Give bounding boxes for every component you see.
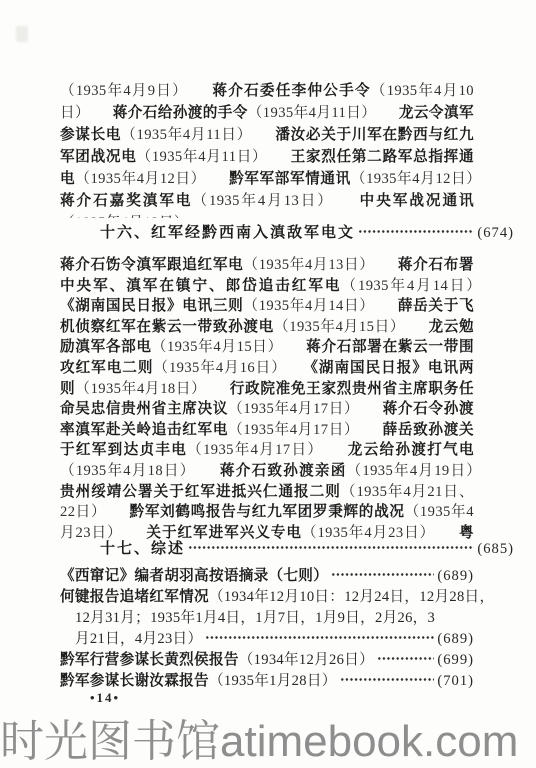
entry-date: （1935年4月11日） (137, 149, 261, 165)
entry-date: （1935年4月18日） (75, 381, 199, 397)
dot-leader (340, 677, 435, 683)
entry-title: 《湖南国民日报》电讯三则 (60, 298, 243, 314)
entry-detail: 12月31月；1935年1月4日，1月7日，1月9日，2月26，3 (75, 606, 435, 627)
entry-date: （1935年4月13日） (60, 215, 189, 218)
dot-leader (331, 572, 434, 578)
entries-paragraph-section16: 蒋介石饬令滇军跟追红军电（1935年4月13日） 蒋介石布署中央军、滇军在镇宁、… (60, 255, 474, 541)
entry-title: 蒋介石致孙渡亲函 (220, 463, 347, 479)
entry-date: （1935年4月17日） (228, 401, 352, 417)
entry-title: 黔军刘鹤鸣报告与红九军团罗秉辉的战况 (130, 504, 405, 520)
folio-page-number: •14• (90, 690, 120, 706)
toc-row: 何键报告追堵红军情况 （1934年12月10日：12月24日，12月28日， (60, 585, 474, 606)
entry-date: （1935年4月9日） (60, 83, 181, 99)
dot-leader (205, 635, 434, 641)
dot-leader (358, 229, 474, 235)
entry-date: （1935年4月12日） (351, 171, 474, 187)
scan-smudge-mark (16, 26, 28, 42)
entry-date: （1935年4月14日） (243, 298, 367, 314)
entry-detail: （1934年12月10日：12月24日，12月28日， (209, 585, 494, 606)
entry-date: （1935年4月16日） (153, 360, 279, 376)
entry-title: 《西窜记》编者胡羽高按语摘录（七则） (60, 564, 328, 585)
entry-title: 贵州绥靖公署关于红军进抵兴仁通报二则 (60, 484, 341, 500)
entry-date: （1935年4月12日） (75, 171, 198, 187)
entry-title: 蒋介石给孙渡的手令 (113, 105, 248, 121)
entry-date: （1935年4月17日） (228, 422, 352, 438)
subentry-list: 《西窜记》编者胡羽高按语摘录（七则） (689) 何键报告追堵红军情况 （193… (60, 564, 474, 690)
entry-title: 蒋介石饬令滇军跟追红军电 (60, 257, 243, 273)
entry-page-number: (689) (437, 631, 474, 648)
entry-date: （1935年4月18日） (60, 463, 188, 479)
entry-title: 蒋介石委任李仲公手令 (212, 83, 370, 99)
toc-row: 月21日，4月23日） (689) (60, 627, 474, 648)
entry-date: （1935年4月14日） (341, 278, 474, 294)
entry-detail: 月21日，4月23日） (75, 627, 202, 648)
entry-title: 黔军参谋长谢汝霖报告 (60, 669, 209, 690)
toc-row: 《西窜记》编者胡羽高按语摘录（七则） (689) (60, 564, 474, 585)
entry-title: 中央军战况通讯 (360, 193, 474, 209)
toc-row: 12月31月；1935年1月4日，1月7日，1月9日，2月26，3 (60, 606, 474, 627)
entry-title: 黔军军部军情通讯 (229, 171, 351, 187)
entry-date: （1935年4月15日） (274, 319, 398, 335)
entry-title: 何键报告追堵红军情况 (60, 585, 209, 606)
entry-page-number: (701) (437, 673, 474, 690)
section-17-title: 综述 (151, 537, 185, 558)
entries-paragraph-continued: （1935年4月9日） 蒋介石委任李仲公手令（1935年4月10日） 蒋介石给孙… (60, 80, 474, 218)
section-16-page-number: (674) (477, 225, 514, 242)
section-heading-16: 十六、 红军经黔西南入滇敌军电文 (674) (60, 221, 514, 242)
watermark-text: 时光图书馆atimebook.com (0, 717, 536, 767)
section-17-page-number: (685) (477, 541, 514, 558)
entry-page-number: (689) (437, 568, 474, 585)
entry-detail: （1934年12月26日） (239, 648, 374, 669)
section-16-title: 红军经黔西南入滇敌军电文 (151, 221, 355, 242)
entry-date: （1935年4月11日） (248, 105, 369, 121)
entry-date: （1935年4月11日） (121, 127, 245, 143)
entry-title: 黔军行营参谋长黄烈侯报告 (60, 648, 239, 669)
entry-date: （1935年4月13日） (243, 257, 367, 273)
section-17-number: 十七、 (100, 537, 151, 558)
toc-row: 黔军行营参谋长黄烈侯报告 （1934年12月26日） (699) (60, 648, 474, 669)
entry-date: （1935年4月19日） (347, 463, 474, 479)
entry-date: （1935年4月13日） (192, 193, 326, 209)
section-16-number: 十六、 (100, 221, 151, 242)
section-heading-17: 十七、 综述 (685) (60, 537, 514, 558)
dot-leader (188, 545, 474, 551)
dot-leader (377, 656, 434, 662)
entry-title: 龙云给孙渡打气电 (348, 442, 474, 458)
entry-date: （1935年4月15日） (152, 339, 276, 355)
entry-detail: （1935年1月28日） (209, 669, 337, 690)
entry-title: 蒋介石嘉奖滇军电 (60, 193, 192, 209)
entry-page-number: (699) (437, 652, 474, 669)
toc-row: 黔军参谋长谢汝霖报告 （1935年1月28日） (701) (60, 669, 474, 690)
entry-date: （1935年4月17日） (187, 442, 316, 458)
scanned-book-page: （1935年4月9日） 蒋介石委任李仲公手令（1935年4月10日） 蒋介石给孙… (0, 0, 536, 768)
